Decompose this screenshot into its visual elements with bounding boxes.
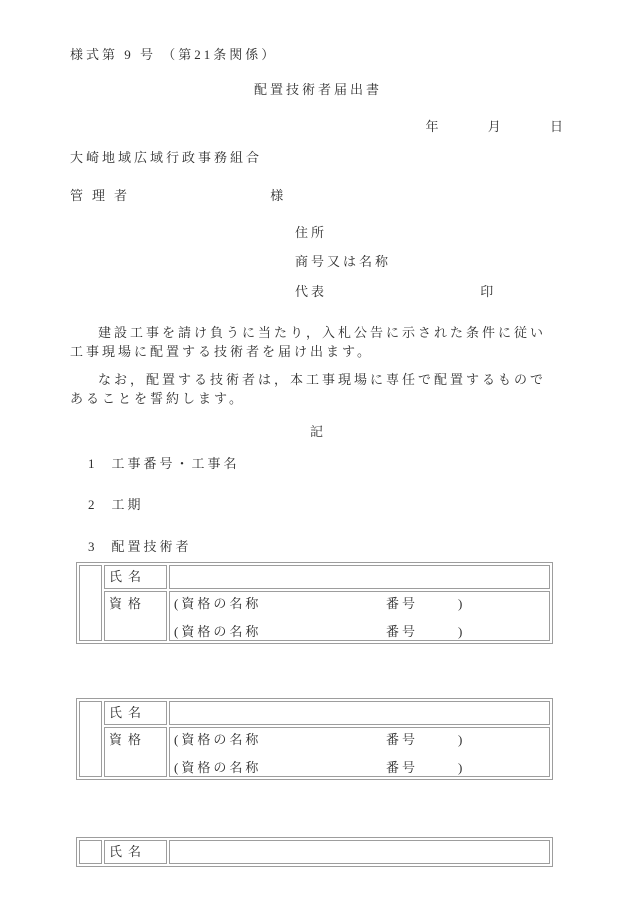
qual-number-label: 番号 <box>386 597 458 611</box>
trade-name-label: 商号又は名称 <box>295 255 566 269</box>
row-marker-cell <box>79 701 102 777</box>
item-label: 配置技術者 <box>112 539 192 554</box>
date-month-label: 月 <box>488 119 504 134</box>
row-marker-cell <box>79 840 102 864</box>
paragraph-line: 工事現場に配置する技術者を届け出ます。 <box>70 342 566 361</box>
qual-number-label: 番号 <box>386 625 458 639</box>
table-row: 氏名 <box>79 565 550 589</box>
qualification-label-cell: 資格 <box>104 591 167 641</box>
item-number: 3 <box>88 540 98 554</box>
qual-name-label: (資格の名称 <box>174 733 386 747</box>
name-label-cell: 氏名 <box>104 565 167 589</box>
qualification-value-cell: (資格の名称 番号 ) (資格の名称 番号 ) <box>169 727 550 777</box>
paragraph-line: なお，配置する技術者は，本工事現場に専任で配置するもので <box>70 370 566 389</box>
qualification-line: (資格の名称 番号 ) <box>174 597 547 611</box>
name-value-cell <box>169 840 550 864</box>
list-item-construction-number: 1工事番号・工事名 <box>70 457 566 471</box>
addressee-honorific: 様 <box>270 188 286 203</box>
item-label: 工期 <box>112 497 144 512</box>
engineer-table-3: 氏名 <box>76 837 553 867</box>
date-year-label: 年 <box>425 119 441 134</box>
body-paragraph-2: なお，配置する技術者は，本工事現場に専任で配置するもので あることを誓約します。 <box>70 370 566 408</box>
qual-close-paren: ) <box>458 597 465 611</box>
qualification-label-cell: 資格 <box>104 727 167 777</box>
qualification-line: (資格の名称 番号 ) <box>174 625 547 639</box>
qual-name-label: (資格の名称 <box>174 597 386 611</box>
name-value-cell <box>169 565 550 589</box>
qual-close-paren: ) <box>458 625 465 639</box>
applicant-block: 住所 商号又は名称 代表 印 <box>295 226 566 299</box>
qualification-line: (資格の名称 番号 ) <box>174 761 547 775</box>
table-row: 資格 (資格の名称 番号 ) (資格の名称 番号 ) <box>79 727 550 777</box>
list-item-construction-period: 2工期 <box>70 498 566 512</box>
addressee-line: 管理者 様 <box>70 189 566 203</box>
document-page: 様式第 9 号 （第21条関係） 配置技術者届出書 年 月 日 大崎地域広域行政… <box>0 0 630 915</box>
form-number: 様式第 9 号 （第21条関係） <box>70 48 566 62</box>
date-day-label: 日 <box>550 119 566 134</box>
addressee-role: 管理者 <box>70 188 136 203</box>
name-label-cell: 氏名 <box>104 840 167 864</box>
row-marker-cell <box>79 565 102 641</box>
engineer-table-1: 氏名 資格 (資格の名称 番号 ) (資格の名称 番号 ) <box>76 562 553 644</box>
organization-name: 大崎地域広域行政事務組合 <box>70 151 566 165</box>
body-paragraph-1: 建設工事を請け負うに当たり，入札公告に示された条件に従い 工事現場に配置する技術… <box>70 323 566 361</box>
table-row: 資格 (資格の名称 番号 ) (資格の名称 番号 ) <box>79 591 550 641</box>
name-value-cell <box>169 701 550 725</box>
table-row: 氏名 <box>79 840 550 864</box>
qual-close-paren: ) <box>458 733 465 747</box>
qualification-line: (資格の名称 番号 ) <box>174 733 547 747</box>
name-label-cell: 氏名 <box>104 701 167 725</box>
page-title: 配置技術者届出書 <box>70 83 566 97</box>
qualification-value-cell: (資格の名称 番号 ) (資格の名称 番号 ) <box>169 591 550 641</box>
address-label: 住所 <box>295 226 566 240</box>
table-row: 氏名 <box>79 701 550 725</box>
list-item-assigned-engineer: 3配置技術者 <box>70 540 566 554</box>
date-line: 年 月 日 <box>70 120 566 134</box>
item-number: 2 <box>88 498 98 512</box>
item-number: 1 <box>88 457 98 471</box>
qual-close-paren: ) <box>458 761 465 775</box>
paragraph-line: あることを誓約します。 <box>70 389 566 408</box>
qual-number-label: 番号 <box>386 761 458 775</box>
qual-number-label: 番号 <box>386 733 458 747</box>
representative-label: 代表 <box>295 284 327 299</box>
engineer-table-2: 氏名 資格 (資格の名称 番号 ) (資格の名称 番号 ) <box>76 698 553 780</box>
paragraph-line: 建設工事を請け負うに当たり，入札公告に示された条件に従い <box>70 323 566 342</box>
qual-name-label: (資格の名称 <box>174 761 386 775</box>
record-marker: 記 <box>70 425 566 439</box>
representative-line: 代表 印 <box>295 285 566 299</box>
qual-name-label: (資格の名称 <box>174 625 386 639</box>
item-label: 工事番号・工事名 <box>112 456 240 471</box>
seal-label: 印 <box>480 284 496 299</box>
